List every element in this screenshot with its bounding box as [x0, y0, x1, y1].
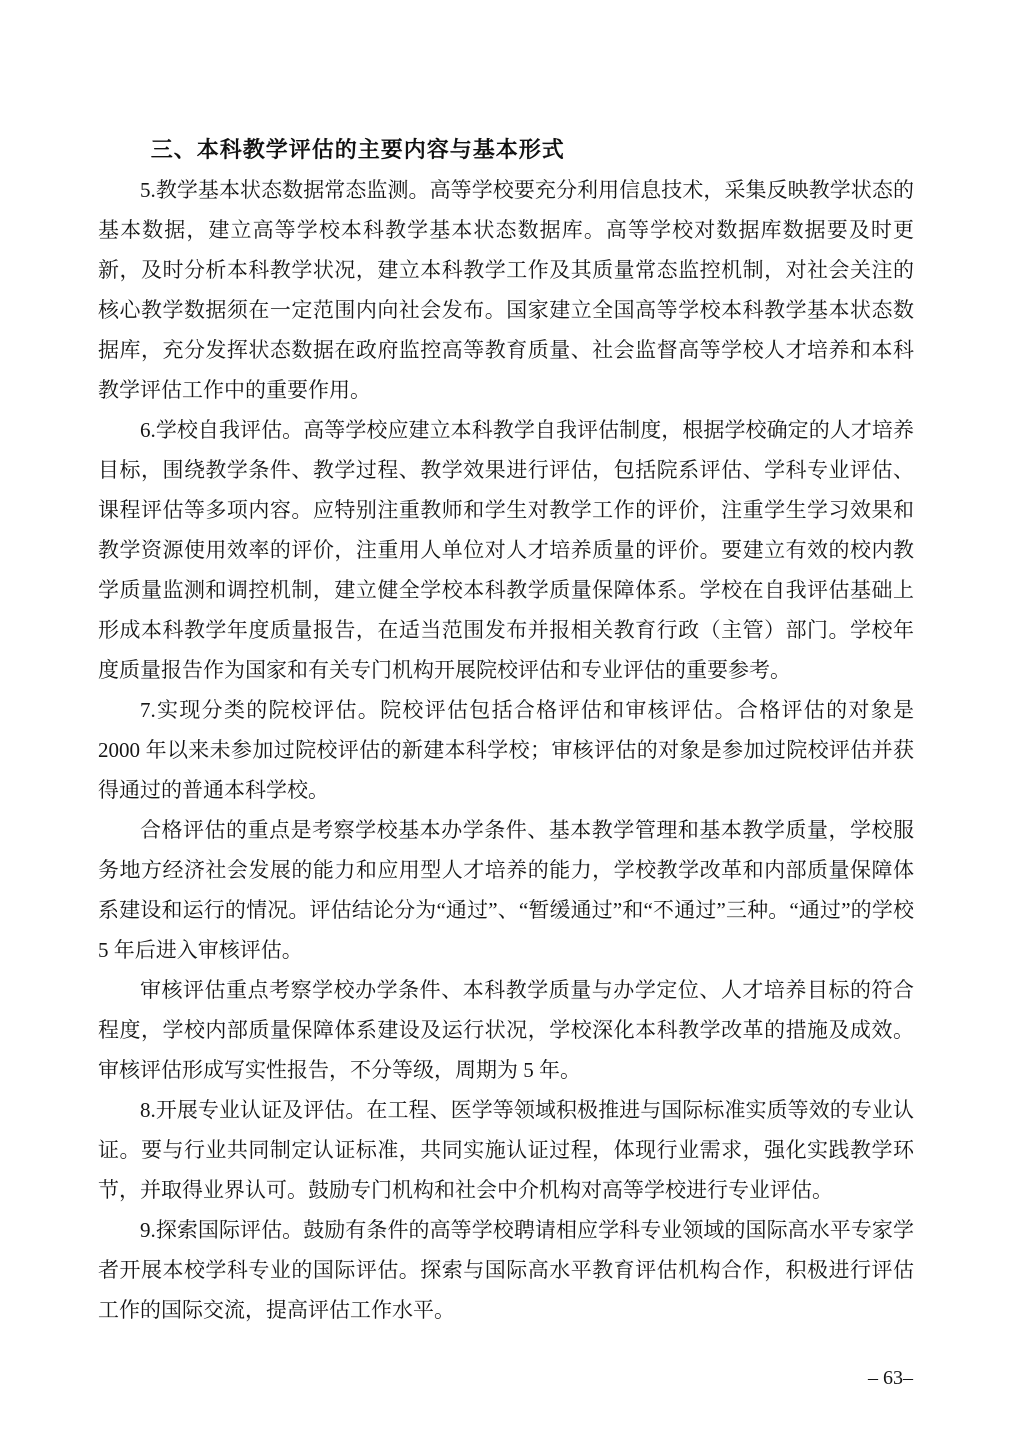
paragraph-7-institution-evaluation: 7.实现分类的院校评估。院校评估包括合格评估和审核评估。合格评估的对象是 200… [98, 690, 914, 810]
paragraph-5-data-monitoring: 5.教学基本状态数据常态监测。高等学校要充分利用信息技术，采集反映教学状态的基本… [98, 170, 914, 410]
paragraph-6-self-evaluation: 6.学校自我评估。高等学校应建立本科教学自我评估制度，根据学校确定的人才培养目标… [98, 410, 914, 690]
section-heading: 三、本科教学评估的主要内容与基本形式 [98, 130, 914, 170]
document-page: 三、本科教学评估的主要内容与基本形式 5.教学基本状态数据常态监测。高等学校要充… [0, 0, 1024, 1448]
paragraph-audit-evaluation: 审核评估重点考察学校办学条件、本科教学质量与办学定位、人才培养目标的符合程度，学… [98, 970, 914, 1090]
page-number: – 63– [868, 1364, 913, 1392]
paragraph-qualification-evaluation: 合格评估的重点是考察学校基本办学条件、基本教学管理和基本教学质量，学校服务地方经… [98, 810, 914, 970]
paragraph-8-professional-accreditation: 8.开展专业认证及评估。在工程、医学等领域积极推进与国际标准实质等效的专业认证。… [98, 1090, 914, 1210]
document-content: 三、本科教学评估的主要内容与基本形式 5.教学基本状态数据常态监测。高等学校要充… [98, 130, 914, 1330]
paragraph-9-international-evaluation: 9.探索国际评估。鼓励有条件的高等学校聘请相应学科专业领域的国际高水平专家学者开… [98, 1210, 914, 1330]
